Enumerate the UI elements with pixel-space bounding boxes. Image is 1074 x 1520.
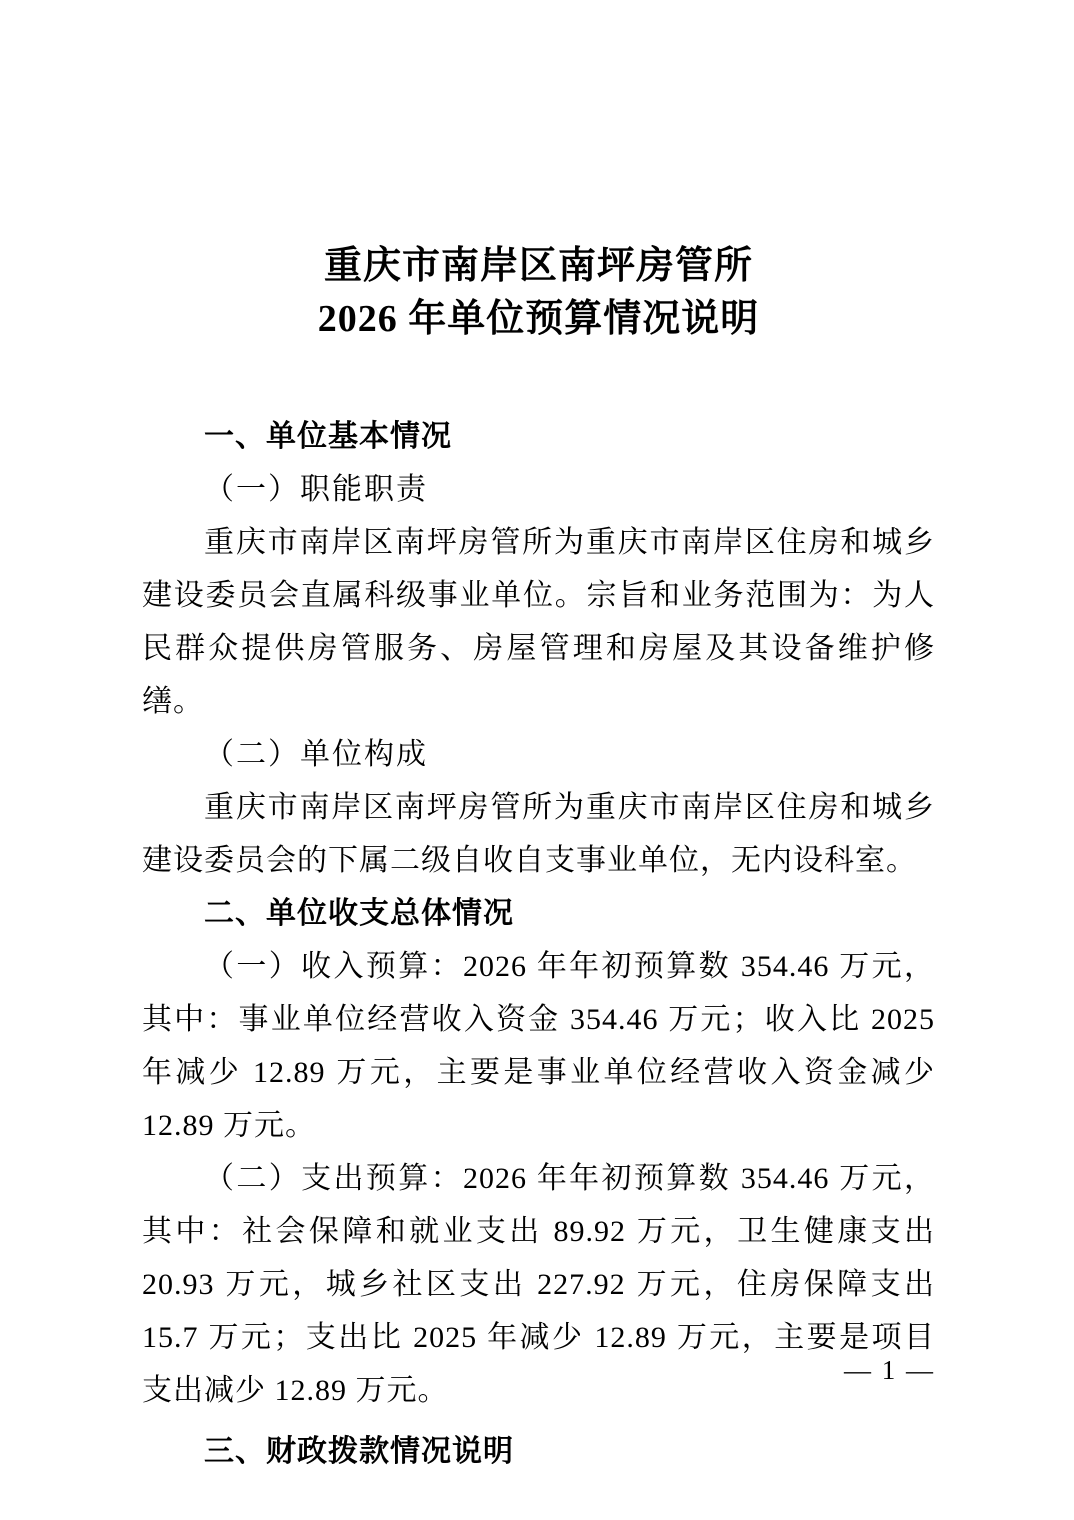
paragraph-duties: 重庆市南岸区南坪房管所为重庆市南岸区住房和城乡建设委员会直属科级事业单位。宗旨和…: [142, 516, 935, 728]
page-footer: — 1 —: [844, 1354, 935, 1386]
paragraph-income-budget: （一）收入预算：2026 年年初预算数 354.46 万元，其中：事业单位经营收…: [142, 940, 935, 1152]
document-title-line-1: 重庆市南岸区南坪房管所: [142, 240, 935, 293]
subsection-heading-duties: （一）职能职责: [142, 463, 935, 516]
section-heading-unit-basic-info: 一、单位基本情况: [142, 410, 935, 463]
document-title: 重庆市南岸区南坪房管所 2026 年单位预算情况说明: [142, 240, 935, 346]
paragraph-unit-composition: 重庆市南岸区南坪房管所为重庆市南岸区住房和城乡建设委员会的下属二级自收自支事业单…: [142, 781, 935, 887]
section-heading-fiscal-appropriation: 三、财政拨款情况说明: [142, 1425, 935, 1478]
document-page: 重庆市南岸区南坪房管所 2026 年单位预算情况说明 一、单位基本情况 （一）职…: [0, 0, 1074, 1520]
document-body: 一、单位基本情况 （一）职能职责 重庆市南岸区南坪房管所为重庆市南岸区住房和城乡…: [142, 410, 935, 1478]
paragraph-expenditure-budget: （二）支出预算：2026 年年初预算数 354.46 万元，其中：社会保障和就业…: [142, 1152, 935, 1417]
subsection-heading-unit-composition: （二）单位构成: [142, 728, 935, 781]
page-number: — 1 —: [844, 1355, 935, 1385]
section-heading-revenue-expenditure-overview: 二、单位收支总体情况: [142, 887, 935, 940]
document-title-line-2: 2026 年单位预算情况说明: [142, 293, 935, 346]
